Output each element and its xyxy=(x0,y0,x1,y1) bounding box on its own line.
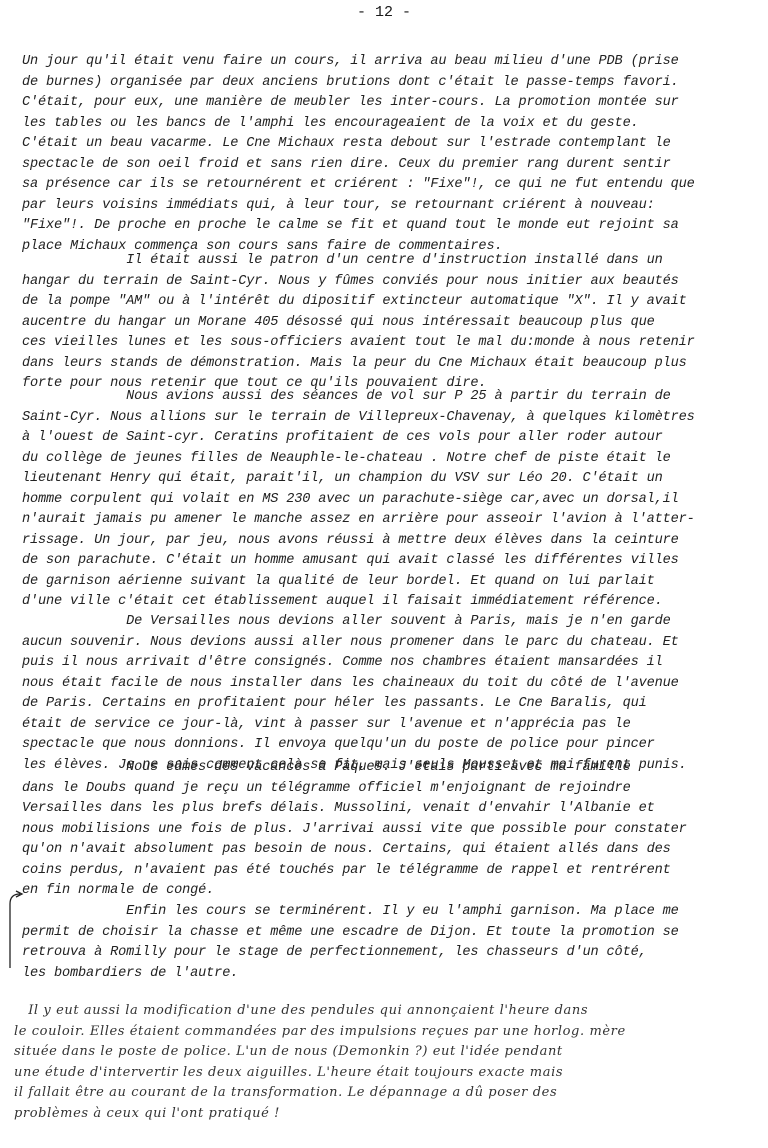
text-line: aucentre du hangar un Morane 405 désossé… xyxy=(22,313,762,334)
text-line: "Fixe"!. De proche en proche le calme se… xyxy=(22,216,762,237)
text-line: de burnes) organisée par deux anciens br… xyxy=(22,73,762,94)
text-line: spectacle de son oeil froid et sans rien… xyxy=(22,155,762,176)
text-line: aucun souvenir. Nous devions aussi aller… xyxy=(22,633,762,654)
text-line: puis il nous arrivait d'être consignés. … xyxy=(22,653,762,674)
text-line: de la pompe "AM" ou à l'intérêt du dipos… xyxy=(22,292,762,313)
text-line: de Paris. Certains en profitaient pour h… xyxy=(22,694,762,715)
text-line: lieutenant Henry qui était, parait'il, u… xyxy=(22,469,762,490)
text-line: De Versailles nous devions aller souvent… xyxy=(22,612,762,633)
text-line: d'une ville c'était cet établissement au… xyxy=(22,592,762,613)
text-line: retrouva à Romilly pour le stage de perf… xyxy=(22,943,762,964)
text-line: Versailles dans les plus brefs délais. M… xyxy=(22,799,762,820)
handwritten-note: Il y eut aussi la modification d'une des… xyxy=(14,1000,764,1123)
page-number: - 12 - xyxy=(0,4,768,21)
text-line: les tables ou les bancs de l'amphi les e… xyxy=(22,114,762,135)
text-line: située dans le poste de police. L'un de … xyxy=(14,1041,764,1062)
text-line: n'aurait jamais pu amener le manche asse… xyxy=(22,510,762,531)
paragraph-4: De Versailles nous devions aller souvent… xyxy=(22,612,762,776)
text-line: il fallait être au courant de la transfo… xyxy=(14,1082,764,1103)
text-line: spectacle que nous donnions. Il envoya q… xyxy=(22,735,762,756)
text-line: Nous avions aussi des séances de vol sur… xyxy=(22,387,762,408)
text-line: le couloir. Elles étaient commandées par… xyxy=(14,1021,764,1042)
paragraph-3: Nous avions aussi des séances de vol sur… xyxy=(22,387,762,613)
text-line: permit de choisir la chasse et même une … xyxy=(22,923,762,944)
text-line: qu'on n'avait absolument pas besoin de n… xyxy=(22,840,762,861)
text-line: C'était, pour eux, une manière de meuble… xyxy=(22,93,762,114)
text-line: Il y eut aussi la modification d'une des… xyxy=(14,1000,764,1021)
text-line: sa présence car ils se retournérent et c… xyxy=(22,175,762,196)
text-line: une étude d'intervertir les deux aiguill… xyxy=(14,1062,764,1083)
text-line: Saint-Cyr. Nous allions sur le terrain d… xyxy=(22,408,762,429)
text-line: du collège de jeunes filles de Neauphle-… xyxy=(22,449,762,470)
text-line: les bombardiers de l'autre. xyxy=(22,964,762,985)
text-line: Il était aussi le patron d'un centre d'i… xyxy=(22,251,762,272)
text-line: dans le Doubs quand je reçu un télégramm… xyxy=(22,779,762,800)
text-line: de son parachute. C'était un homme amusa… xyxy=(22,551,762,572)
text-line: hangar du terrain de Saint-Cyr. Nous y f… xyxy=(22,272,762,293)
text-line: par leurs voisins immédiats qui, à leur … xyxy=(22,196,762,217)
paragraph-1: Un jour qu'il était venu faire un cours,… xyxy=(22,52,762,257)
paragraph-6: Enfin les cours se terminérent. Il y eu … xyxy=(22,902,762,984)
text-line: était de service ce jour-là, vint à pass… xyxy=(22,715,762,736)
text-line: ces vieilles lunes et les sous-officiers… xyxy=(22,333,762,354)
text-line: C'était un beau vacarme. Le Cne Michaux … xyxy=(22,134,762,155)
text-line: homme corpulent qui volait en MS 230 ave… xyxy=(22,490,762,511)
text-line: Enfin les cours se terminérent. Il y eu … xyxy=(22,902,762,923)
text-line: rissage. Un jour, par jeu, nous avons ré… xyxy=(22,531,762,552)
margin-insert-arrow-icon xyxy=(6,890,26,970)
text-line: dans leurs stands de démonstration. Mais… xyxy=(22,354,762,375)
paragraph-2: Il était aussi le patron d'un centre d'i… xyxy=(22,251,762,395)
text-line: coins perdus, n'avaient pas été touchés … xyxy=(22,861,762,882)
text-line: Un jour qu'il était venu faire un cours,… xyxy=(22,52,762,73)
paragraph-5: Nous eûmes des vacances à Pâques. J'étai… xyxy=(22,758,762,902)
text-line: en fin normale de congé. xyxy=(22,881,762,902)
text-line: nous était facile de nous installer dans… xyxy=(22,674,762,695)
text-line: nous mobilisions une fois de plus. J'arr… xyxy=(22,820,762,841)
text-line: à l'ouest de Saint-cyr. Ceratins profita… xyxy=(22,428,762,449)
text-line: de garnison aérienne suivant la qualité … xyxy=(22,572,762,593)
text-line: Nous eûmes des vacances à Pâques. J'étai… xyxy=(22,758,762,779)
text-line: problèmes à ceux qui l'ont pratiqué ! xyxy=(14,1103,764,1124)
